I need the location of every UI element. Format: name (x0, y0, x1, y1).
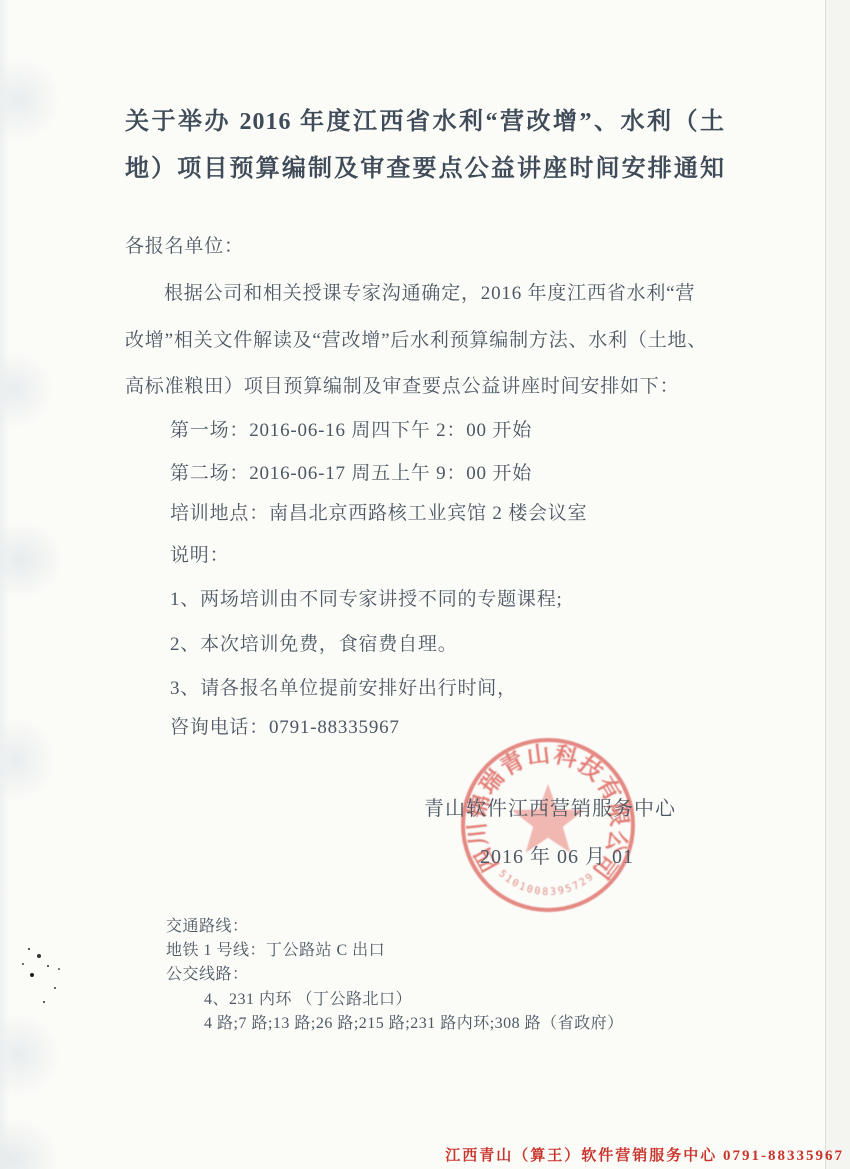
signature-date: 2016 年 06 月 01 (480, 840, 634, 869)
stamp-serial-number: 5101008395729 (496, 868, 597, 898)
notes-heading: 说明： (170, 540, 229, 567)
footer-service-center-line: 江西青山（算王）软件营销服务中心 0791-88335967 (445, 1144, 844, 1165)
scan-speckles (28, 948, 30, 950)
signature-org: 青山软件江西营销服务中心 (424, 792, 676, 821)
document-title-line-1: 关于举办 2016 年度江西省水利“营改增”、水利（土 (125, 101, 725, 136)
intro-line-3: 高标准粮田）项目预算编制及审查要点公益讲座时间安排如下： (125, 371, 679, 398)
scan-edge-shadow-left (0, 0, 70, 1169)
scan-edge-shadow-right (825, 0, 850, 1169)
svg-text:5101008395729: 5101008395729 (496, 868, 597, 898)
intro-line-2: 改增”相关文件解读及“营改增”后水利预算编制方法、水利（土地、 (125, 325, 707, 352)
contact-phone-line: 咨询电话：0791-88335967 (170, 712, 400, 739)
directions-bus-line-1: 4、231 内环 （丁公路北口） (204, 986, 412, 1009)
schedule-venue: 培训地点：南昌北京西路核工业宾馆 2 楼会议室 (170, 498, 587, 525)
company-seal-stamp: 四川锦瑞青山科技有限公司 5101008395729 (448, 725, 648, 925)
note-2: 2、本次培训免费，食宿费自理。 (170, 629, 458, 656)
directions-bus-heading: 公交线路： (166, 961, 249, 984)
salutation: 各报名单位： (125, 231, 244, 258)
schedule-session-2: 第二场：2016-06-17 周五上午 9：00 开始 (170, 458, 532, 485)
directions-bus-line-2: 4 路;7 路;13 路;26 路;215 路;231 路内环;308 路（省政… (204, 1010, 624, 1033)
schedule-session-1: 第一场：2016-06-16 周四下午 2：00 开始 (170, 415, 532, 442)
directions-heading: 交通路线： (166, 913, 249, 936)
directions-metro: 地铁 1 号线：丁公路站 C 出口 (166, 937, 385, 960)
intro-line-1: 根据公司和相关授课专家沟通确定，2016 年度江西省水利“营 (164, 278, 695, 305)
scanned-document-page: 关于举办 2016 年度江西省水利“营改增”、水利（土 地）项目预算编制及审查要… (0, 0, 850, 1169)
document-title-line-2: 地）项目预算编制及审查要点公益讲座时间安排通知 (125, 148, 725, 183)
note-1: 1、两场培训由不同专家讲授不同的专题课程; (170, 584, 563, 611)
note-3: 3、请各报名单位提前安排好出行时间， (170, 673, 517, 700)
